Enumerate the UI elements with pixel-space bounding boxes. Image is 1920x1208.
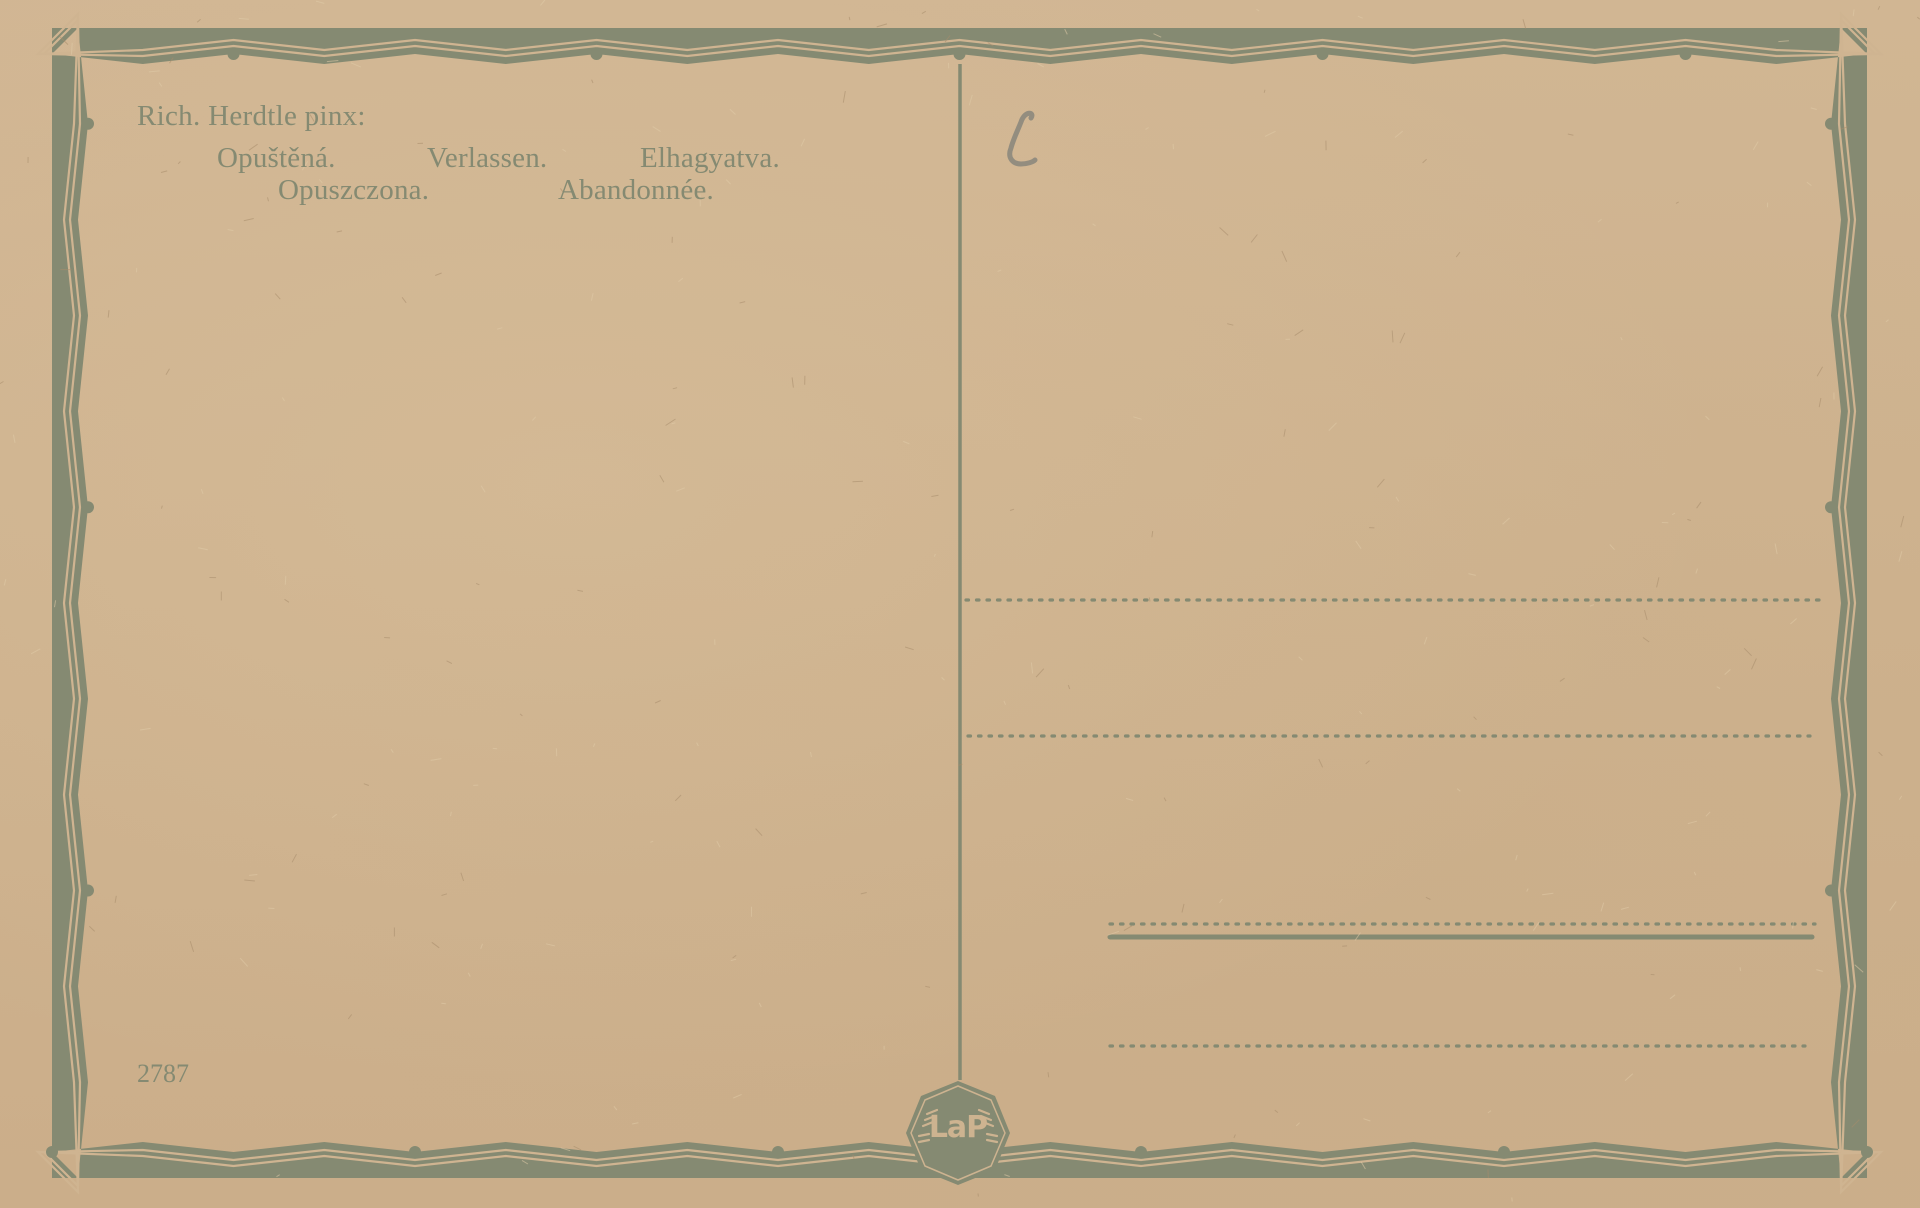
serial-number: 2787	[137, 1061, 189, 1087]
postcard-back: Rich. Herdtle pinx: Opuštěná. Verlassen.…	[0, 0, 1920, 1208]
title-czech: Opuštěná.	[217, 144, 336, 173]
artist-credit: Rich. Herdtle pinx:	[137, 102, 366, 131]
pencil-mark	[995, 100, 1045, 170]
title-german: Verlassen.	[427, 144, 547, 173]
title-hungarian: Elhagyatva.	[640, 144, 780, 173]
title-polish: Opuszczona.	[278, 176, 429, 205]
publisher-logo-text: LaP	[903, 1113, 1013, 1143]
title-french: Abandonnée.	[558, 176, 714, 205]
